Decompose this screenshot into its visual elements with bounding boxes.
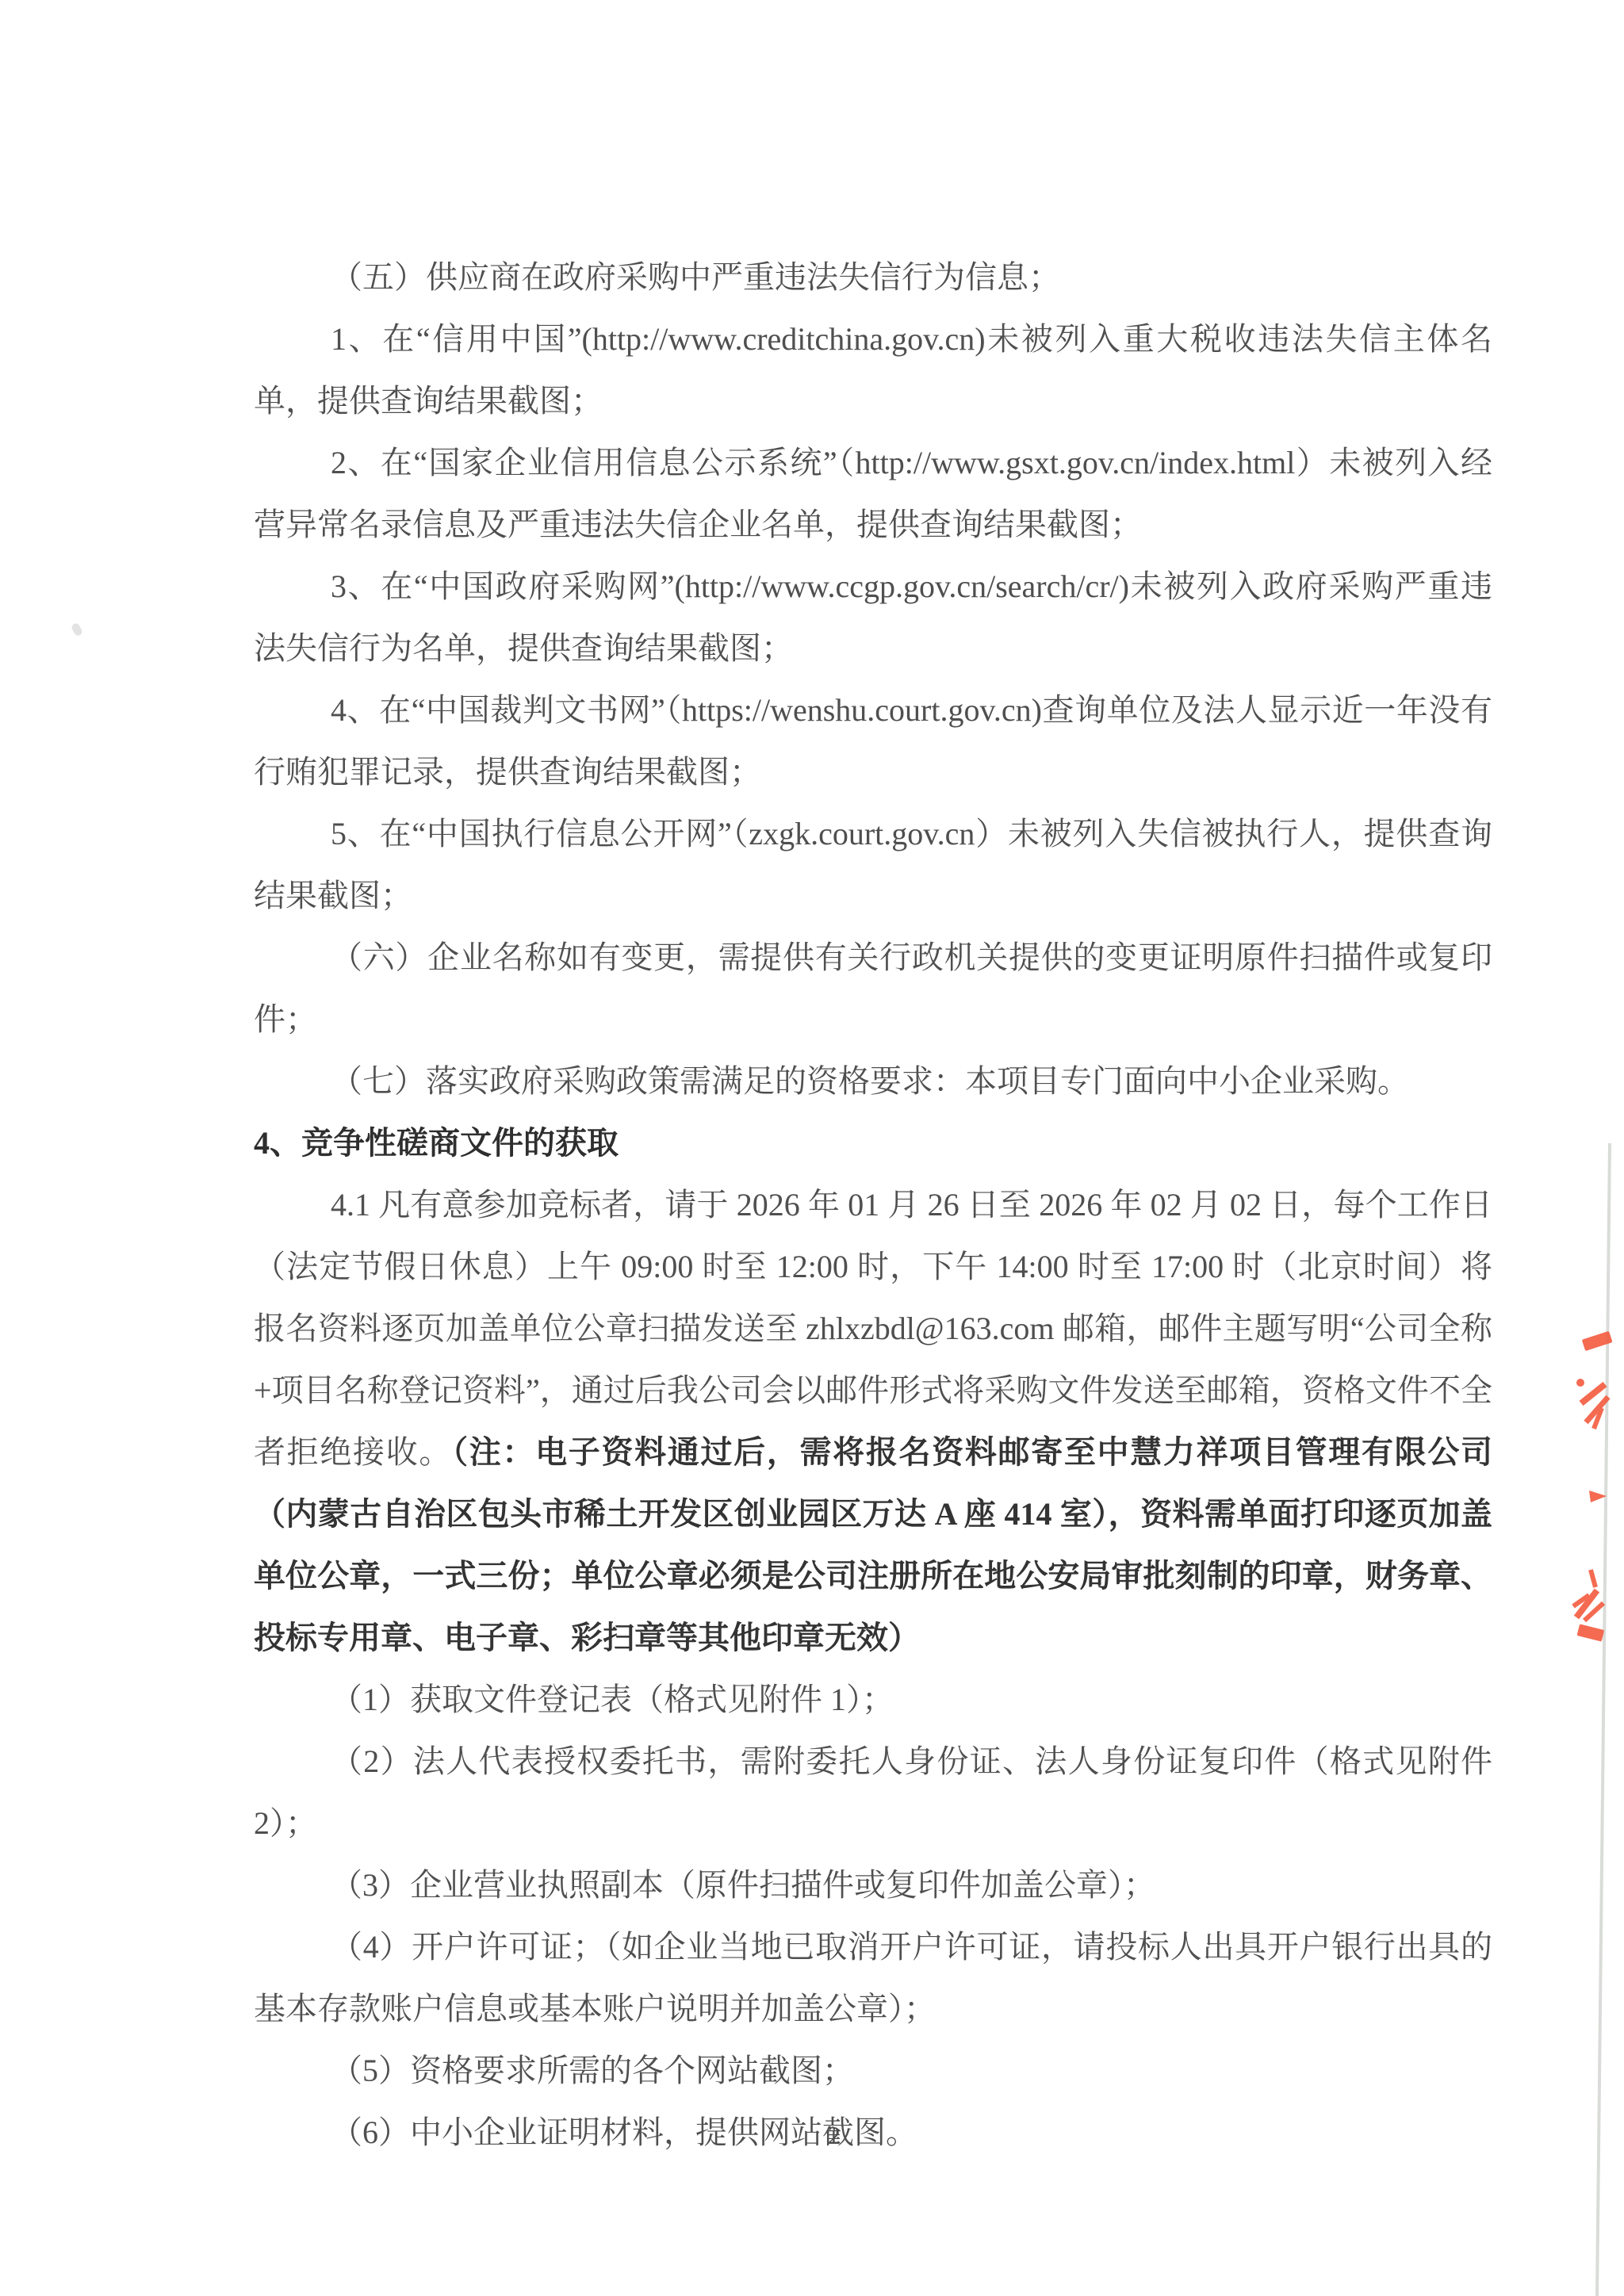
stamp-stroke-dot: [1576, 1379, 1584, 1387]
attachment-item-1: （1）获取文件登记表（格式见附件 1）；: [254, 1669, 1492, 1731]
registration-normal-text: 4.1 凡有意参加竞标者，请于 2026 年 01 月 26 日至 2026 年…: [254, 1187, 1492, 1470]
zxgk-court-item: 5、在“中国执行信息公开网”（zxgk.court.gov.cn）未被列入失信被…: [254, 803, 1492, 927]
attachment-item-5: （5）资格要求所需的各个网站截图；: [254, 2040, 1492, 2102]
scan-speck: [71, 622, 83, 637]
section-heading: 4、竞争性磋商文件的获取: [254, 1112, 1492, 1174]
clause-five-line: （五）供应商在政府采购中严重违法失信行为信息；: [254, 247, 1492, 308]
wenshu-court-item: 4、在“中国裁判文书网”（https://wenshu.court.gov.cn…: [254, 679, 1492, 803]
credit-china-item: 1、在“信用中国”(http://www.creditchina.gov.cn)…: [254, 308, 1492, 432]
document-page: （五）供应商在政府采购中严重违法失信行为信息； 1、在“信用中国”(http:/…: [0, 0, 1624, 2296]
registration-paragraph: 4.1 凡有意参加竞标者，请于 2026 年 01 月 26 日至 2026 年…: [254, 1174, 1492, 1669]
stamp-stroke-bar-top: [1582, 1331, 1613, 1351]
attachment-item-3: （3）企业营业执照副本（原件扫描件或复印件加盖公章）；: [254, 1854, 1492, 1916]
stamp-stroke-4: [1591, 1570, 1595, 1587]
ccgp-item: 3、在“中国政府采购网”(http://www.ccgp.gov.cn/sear…: [254, 556, 1492, 679]
document-body: （五）供应商在政府采购中严重违法失信行为信息； 1、在“信用中国”(http:/…: [254, 247, 1492, 2164]
clause-six-line: （六）企业名称如有变更，需提供有关行政机关提供的变更证明原件扫描件或复印件；: [254, 927, 1492, 1050]
clause-seven-line: （七）落实政府采购政策需满足的资格要求：本项目专门面向中小企业采购。: [254, 1050, 1492, 1112]
red-seal-edge-fragment-icon: [1546, 1308, 1624, 1673]
page-number: 2: [810, 2115, 858, 2155]
attachment-item-2: （2）法人代表授权委托书，需附委托人身份证、法人身份证复印件（格式见附件 2）；: [254, 1731, 1492, 1854]
attachment-item-4: （4）开户许可证；（如企业当地已取消开户许可证，请投标人出具开户银行出具的基本存…: [254, 1916, 1492, 2040]
gsxt-item: 2、在“国家企业信用信息公示系统”（http://www.gsxt.gov.cn…: [254, 432, 1492, 556]
stamp-stroke-bar-bottom: [1577, 1624, 1605, 1641]
attachment-item-6: （6）中小企业证明材料，提供网站截图。: [254, 2102, 1492, 2164]
stamp-stroke-wedge: [1589, 1490, 1607, 1502]
